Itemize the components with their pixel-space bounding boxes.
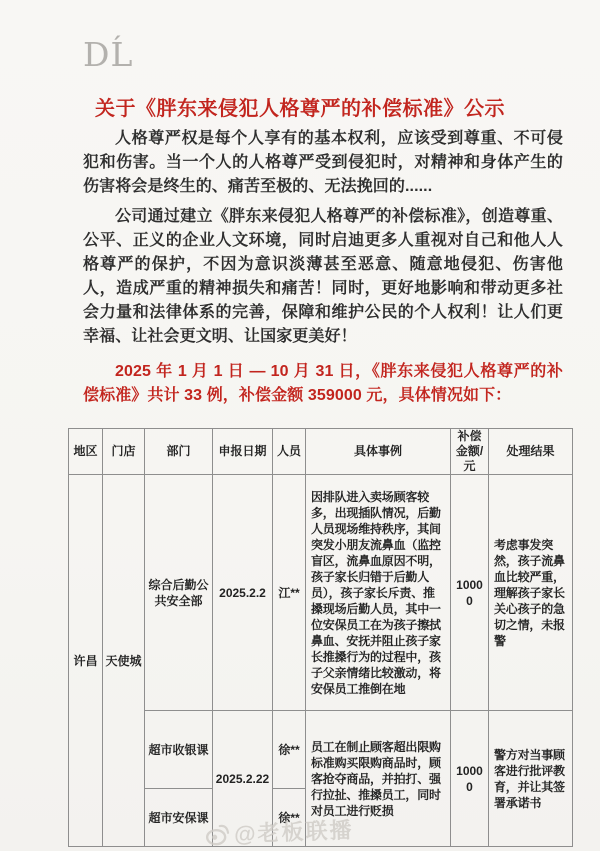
cell-department: 综合后勤公共安全部: [145, 475, 213, 711]
page-title: 关于《胖东来侵犯人格尊严的补偿标准》公示: [0, 92, 600, 121]
header-compensation-amount: 补偿金额/元: [451, 429, 489, 475]
cell-person: 徐**: [273, 711, 306, 789]
cell-handling-result: 考虑事发突然，孩子流鼻血比较严重，理解孩子家长关心孩子的急切之情，未报警: [489, 475, 573, 711]
header-handling-result: 处理结果: [489, 429, 573, 475]
cell-store: 天使城: [103, 475, 145, 847]
table-row: 许昌 天使城 综合后勤公共安全部 2025.2.2 江** 因排队进入卖场顾客较…: [69, 475, 573, 711]
cell-region: 许昌: [69, 475, 103, 847]
cell-compensation-amount: 10000: [451, 711, 489, 847]
paragraph-company-purpose: 公司通过建立《胖东来侵犯人格尊严的补偿标准》，创造尊重、公平、正义的企业人文环境…: [83, 205, 563, 349]
pangdonglai-dl-logo: DĹ: [83, 38, 133, 71]
cell-compensation-amount: 10000: [451, 475, 489, 711]
cell-report-date: 2025.2.22: [213, 711, 273, 847]
cell-person: 徐**: [273, 789, 306, 847]
notice-body: 人格尊严权是每个人享有的基本权利，应该受到尊重、不可侵犯和伤害。当一个人的人格尊…: [83, 127, 563, 408]
cell-department: 超市收银课: [145, 711, 213, 789]
header-region: 地区: [69, 429, 103, 475]
cell-report-date: 2025.2.2: [213, 475, 273, 711]
compensation-table: 地区 门店 部门 申报日期 人员 具体事例 补偿金额/元 处理结果 许昌 天使城…: [68, 428, 573, 847]
header-report-date: 申报日期: [213, 429, 273, 475]
cell-department: 超市安保课: [145, 789, 213, 847]
header-person: 人员: [273, 429, 306, 475]
paragraph-statistics-highlight: 2025 年 1 月 1 日 — 10 月 31 日，《胖东来侵犯人格尊严的补偿…: [83, 360, 563, 408]
header-store: 门店: [103, 429, 145, 475]
cell-case-detail: 员工在制止顾客超出限购标准购买限购商品时，顾客抢夺商品，并拍打、强行拉扯、推搡员…: [306, 711, 451, 847]
header-case-detail: 具体事例: [306, 429, 451, 475]
cell-person: 江**: [273, 475, 306, 711]
header-department: 部门: [145, 429, 213, 475]
cell-handling-result: 警方对当事顾客进行批评教育，并让其签署承诺书: [489, 711, 573, 847]
table-header-row: 地区 门店 部门 申报日期 人员 具体事例 补偿金额/元 处理结果: [69, 429, 573, 475]
cell-case-detail: 因排队进入卖场顾客较多，出现插队情况，后勤人员现场维持秩序，其间突发小朋友流鼻血…: [306, 475, 451, 711]
paragraph-dignity-rights: 人格尊严权是每个人享有的基本权利，应该受到尊重、不可侵犯和伤害。当一个人的人格尊…: [83, 127, 563, 199]
table-row: 超市收银课 2025.2.22 徐** 员工在制止顾客超出限购标准购买限购商品时…: [69, 711, 573, 789]
